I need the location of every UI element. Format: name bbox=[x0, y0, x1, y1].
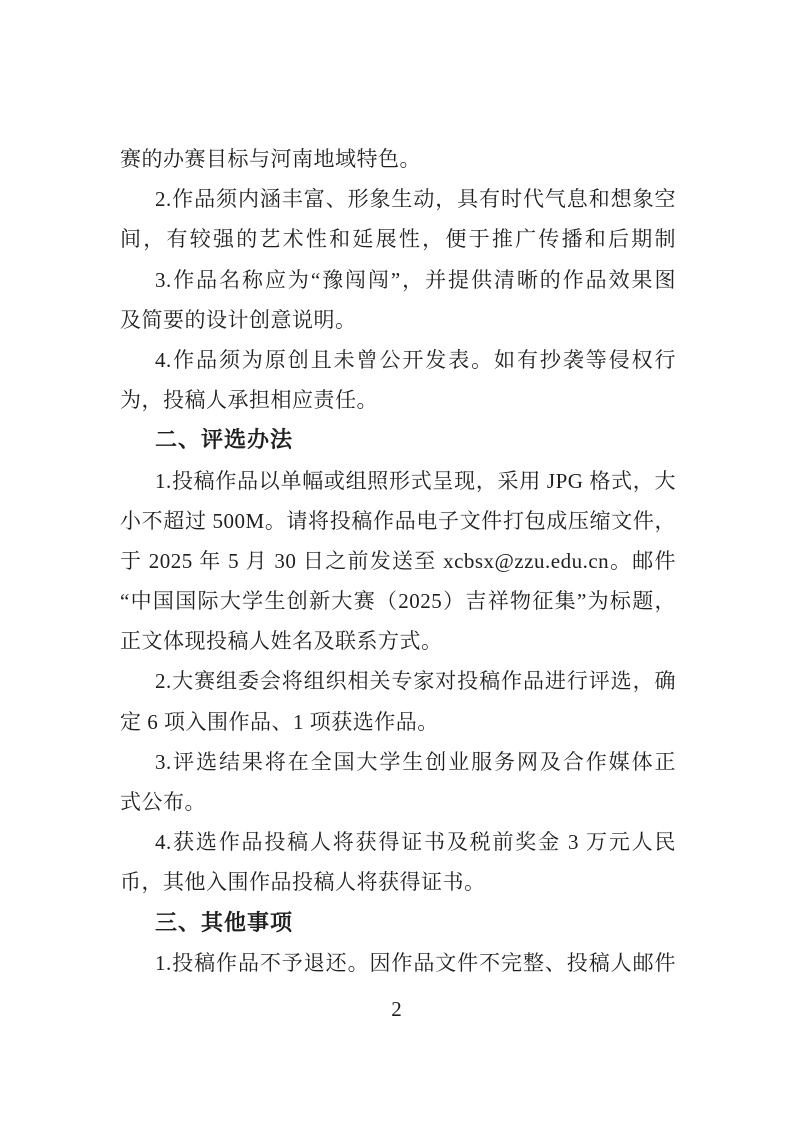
body-line: 为，投稿人承担相应责任。 bbox=[120, 380, 676, 420]
body-line: 3.评选结果将在全国大学生创业服务网及合作媒体正 bbox=[120, 742, 676, 782]
body-line: 正文体现投稿人姓名及联系方式。 bbox=[120, 621, 676, 661]
page-number: 2 bbox=[0, 995, 793, 1023]
body-line: 1.投稿作品不予退还。因作品文件不完整、投稿人邮件 bbox=[120, 943, 676, 983]
section-heading: 三、其他事项 bbox=[120, 903, 676, 943]
body-line: 1.投稿作品以单幅或组照形式呈现，采用 JPG 格式，大 bbox=[120, 461, 676, 501]
body-line: 定 6 项入围作品、1 项获选作品。 bbox=[120, 702, 676, 742]
body-line: 4.获选作品投稿人将获得证书及税前奖金 3 万元人民 bbox=[120, 822, 676, 862]
body-line: 式公布。 bbox=[120, 782, 676, 822]
body-line: 2.作品须内涵丰富、形象生动，具有时代气息和想象空 bbox=[120, 179, 676, 219]
document-page: 赛的办赛目标与河南地域特色。 2.作品须内涵丰富、形象生动，具有时代气息和想象空… bbox=[0, 0, 793, 1123]
body-line: “中国国际大学生创新大赛（2025）吉祥物征集”为标题， bbox=[120, 581, 676, 621]
body-line: 赛的办赛目标与河南地域特色。 bbox=[120, 139, 676, 179]
body-line: 于 2025 年 5 月 30 日之前发送至 xcbsx@zzu.edu.cn。… bbox=[120, 541, 676, 581]
body-line: 及简要的设计创意说明。 bbox=[120, 300, 676, 340]
body-line: 币，其他入围作品投稿人将获得证书。 bbox=[120, 862, 676, 902]
body-line: 3.作品名称应为“豫闯闯”，并提供清晰的作品效果图 bbox=[120, 260, 676, 300]
body-line: 2.大赛组委会将组织相关专家对投稿作品进行评选，确 bbox=[120, 661, 676, 701]
body-line: 4.作品须为原创且未曾公开发表。如有抄袭等侵权行 bbox=[120, 340, 676, 380]
body-line: 间，有较强的艺术性和延展性，便于推广传播和后期制作。 bbox=[120, 219, 676, 259]
document-body: 赛的办赛目标与河南地域特色。 2.作品须内涵丰富、形象生动，具有时代气息和想象空… bbox=[120, 139, 676, 983]
section-heading: 二、评选办法 bbox=[120, 420, 676, 460]
body-line: 小不超过 500M。请将投稿作品电子文件打包成压缩文件， bbox=[120, 501, 676, 541]
